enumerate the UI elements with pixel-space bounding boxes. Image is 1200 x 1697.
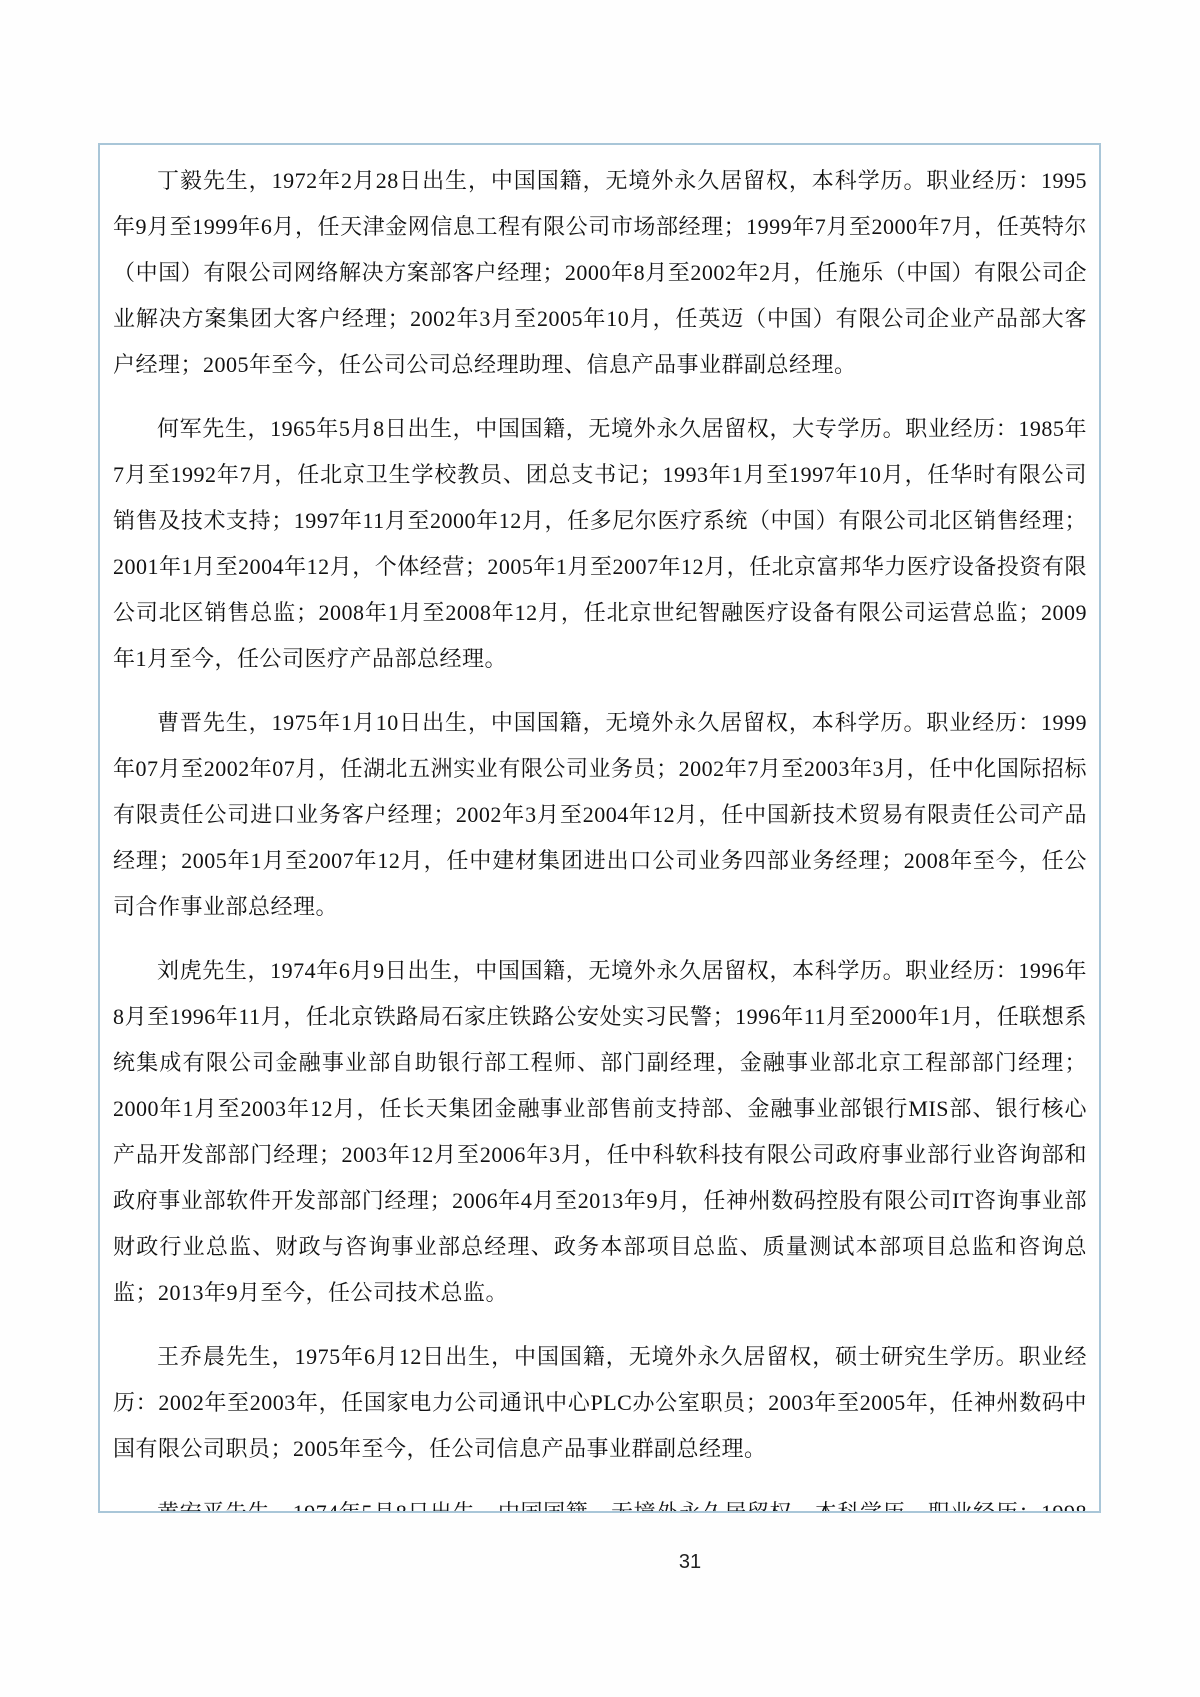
bio-paragraph-he-jun: 何军先生，1965年5月8日出生，中国国籍，无境外永久居留权，大专学历。职业经历… (113, 406, 1087, 682)
page-number: 31 (660, 1551, 720, 1574)
bio-paragraph-wang-qiaochen: 王乔晨先生，1975年6月12日出生，中国国籍，无境外永久居留权，硕士研究生学历… (113, 1334, 1087, 1472)
bio-paragraph-huang-anping: 黄安平先生，1974年5月8日出生，中国国籍，无境外永久居留权，本科学历。职业经… (113, 1490, 1087, 1513)
document-border-box: 丁毅先生，1972年2月28日出生，中国国籍，无境外永久居留权，本科学历。职业经… (98, 143, 1101, 1513)
bio-paragraph-liu-hu: 刘虎先生，1974年6月9日出生，中国国籍，无境外永久居留权，本科学历。职业经历… (113, 948, 1087, 1316)
bio-paragraph-cao-jin: 曹晋先生，1975年1月10日出生，中国国籍，无境外永久居留权，本科学历。职业经… (113, 700, 1087, 930)
bio-paragraph-ding-yi: 丁毅先生，1972年2月28日出生，中国国籍，无境外永久居留权，本科学历。职业经… (113, 158, 1087, 388)
